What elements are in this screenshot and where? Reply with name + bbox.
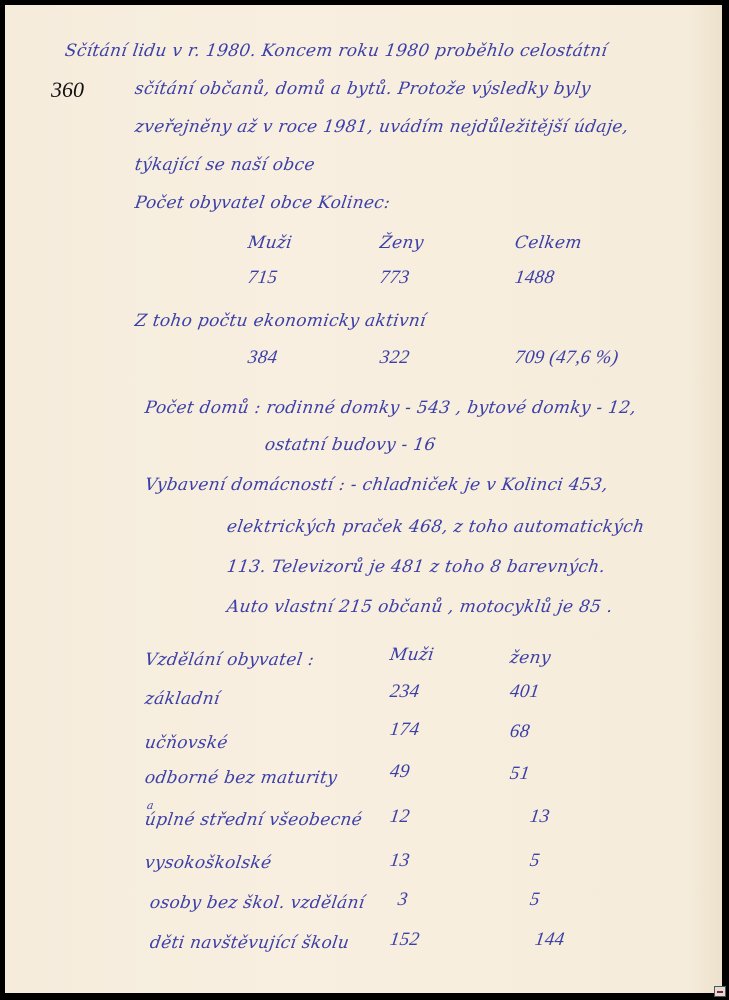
edu-row-women: 51 xyxy=(508,763,531,785)
edu-row-label: základní xyxy=(144,689,221,709)
edu-row-women: 401 xyxy=(508,681,540,703)
edu-row-women: 144 xyxy=(533,929,565,951)
edu-row-men: 3 xyxy=(396,889,409,911)
equipment-line-2: elektrických praček 468, z toho automati… xyxy=(226,517,646,537)
edu-row-label: osoby bez škol. vzdělání xyxy=(149,893,366,913)
active-men: 384 xyxy=(246,347,278,369)
pop-women: 773 xyxy=(378,267,410,289)
edu-row-men: 174 xyxy=(388,719,420,741)
edu-row-men: 12 xyxy=(388,806,411,828)
equipment-line-1: Vybavení domácností : - chladniček je v … xyxy=(144,475,610,495)
equipment-line-4: Auto vlastní 215 občanů , motocyklů je 8… xyxy=(226,597,614,617)
edu-row-women: 68 xyxy=(508,721,531,743)
edu-col-men: Muži xyxy=(389,645,436,665)
edu-col-women: ženy xyxy=(509,648,553,668)
col-men: Muži xyxy=(247,233,294,253)
edu-row-women: 5 xyxy=(528,889,541,911)
edu-row-men: 13 xyxy=(388,850,411,872)
notebook-page: 360 Sčítání lidu v r. 1980. Koncem roku … xyxy=(5,5,722,993)
education-heading: Vzdělání obyvatel : xyxy=(144,650,316,670)
houses-line-2: ostatní budovy - 16 xyxy=(264,435,437,455)
edu-row-women: 13 xyxy=(528,806,551,828)
pop-total: 1488 xyxy=(513,267,555,289)
active-heading: Z toho počtu ekonomicky aktivní xyxy=(134,311,428,331)
houses-line-1: Počet domů : rodinné domky - 543 , bytov… xyxy=(144,398,638,418)
col-women: Ženy xyxy=(379,233,425,253)
edu-row-men: 49 xyxy=(388,761,411,783)
col-total: Celkem xyxy=(514,233,584,253)
pop-men: 715 xyxy=(246,267,278,289)
edu-row-label: učňovské xyxy=(144,733,230,753)
edu-row-men: 234 xyxy=(388,681,420,703)
edu-row-men: 152 xyxy=(388,929,420,951)
intro-line-3: zveřejněny až v roce 1981, uvádím nejdůl… xyxy=(134,117,630,137)
active-women: 322 xyxy=(378,347,410,369)
intro-line-1: Sčítání lidu v r. 1980. Koncem roku 1980… xyxy=(64,41,609,61)
edu-row-label: úplné střední všeobecné xyxy=(144,810,364,830)
edu-row-label: odborné bez maturity xyxy=(144,768,339,788)
edu-row-label: děti navštěvující školu xyxy=(149,933,351,953)
edu-row-women: 5 xyxy=(528,850,541,872)
page-number: 360 xyxy=(51,77,84,103)
equipment-line-3: 113. Televizorů je 481 z toho 8 barevnýc… xyxy=(226,557,607,577)
population-heading: Počet obyvatel obce Kolinec: xyxy=(134,193,392,213)
intro-line-4: týkající se naší obce xyxy=(134,155,317,175)
edu-row-label: vysokoškolské xyxy=(144,853,273,873)
active-total: 709 (47,6 %) xyxy=(513,347,619,369)
minimize-icon[interactable] xyxy=(714,986,726,997)
intro-line-2: sčítání občanů, domů a bytů. Protože výs… xyxy=(134,79,592,99)
